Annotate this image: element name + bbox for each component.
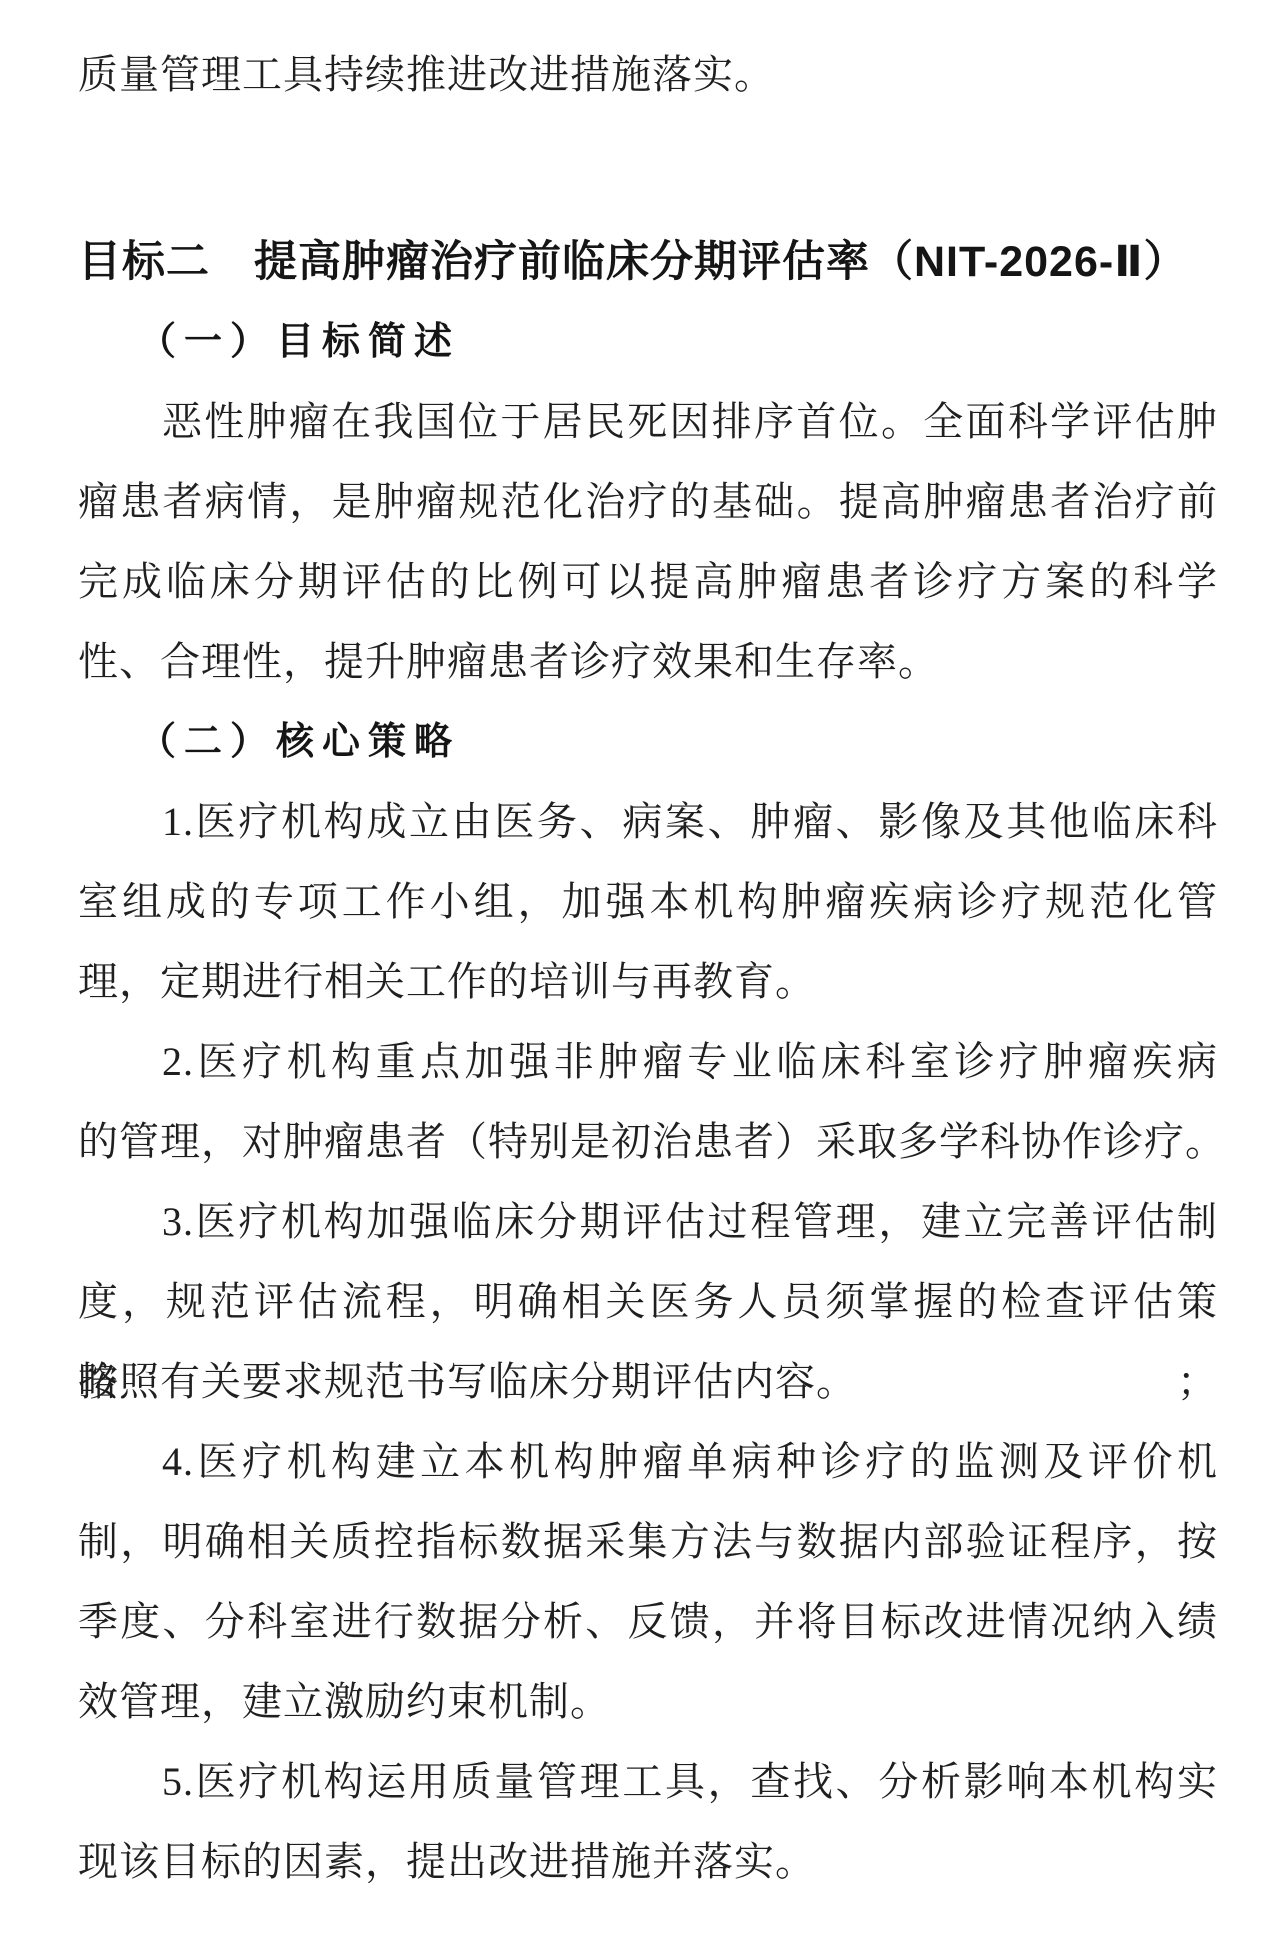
strategy-item-3-line: 3.医疗机构加强临床分期评估过程管理，建立完善评估制 [78,1182,1218,1262]
strategy-item-2-line: 2.医疗机构重点加强非肿瘤专业临床科室诊疗肿瘤疾病 [78,1022,1218,1102]
strategy-item-4-line: 效管理，建立激励约束机制。 [78,1662,1218,1742]
subsection-title-core-strategy: （二）核心策略 [138,702,1218,782]
strategy-item-5-line: 现该目标的因素，提出改进措施并落实。 [78,1822,1218,1902]
paragraph-line: 性、合理性，提升肿瘤患者诊疗效果和生存率。 [78,622,1218,702]
strategy-item-1-line: 理，定期进行相关工作的培训与再教育。 [78,942,1218,1022]
paragraph-line: 瘤患者病情，是肿瘤规范化治疗的基础。提高肿瘤患者治疗前 [78,462,1218,542]
strategy-item-4-line: 季度、分科室进行数据分析、反馈，并将目标改进情况纳入绩 [78,1582,1218,1662]
blank-gap [78,115,1218,222]
intro-paragraph-line: 质量管理工具持续推进改进措施落实。 [78,35,1218,115]
paragraph-line: 恶性肿瘤在我国位于居民死因排序首位。全面科学评估肿 [78,382,1218,462]
strategy-item-5-line: 5.医疗机构运用质量管理工具，查找、分析影响本机构实 [78,1742,1218,1822]
strategy-item-2-line: 的管理，对肿瘤患者（特别是初治患者）采取多学科协作诊疗。 [78,1102,1218,1182]
strategy-item-4-line: 制，明确相关质控指标数据采集方法与数据内部验证程序，按 [78,1502,1218,1582]
strategy-item-4-line: 4.医疗机构建立本机构肿瘤单病种诊疗的监测及评价机 [78,1422,1218,1502]
strategy-item-3-line: 度，规范评估流程，明确相关医务人员须掌握的检查评估策略； [78,1262,1218,1342]
document-page: 质量管理工具持续推进改进措施落实。 目标二 提高肿瘤治疗前临床分期评估率（NIT… [0,0,1280,1935]
goal-heading: 目标二 提高肿瘤治疗前临床分期评估率（NIT-2026-Ⅱ） [78,222,1218,302]
paragraph-line: 完成临床分期评估的比例可以提高肿瘤患者诊疗方案的科学 [78,542,1218,622]
strategy-item-1-line: 室组成的专项工作小组，加强本机构肿瘤疾病诊疗规范化管 [78,862,1218,942]
strategy-item-1-line: 1.医疗机构成立由医务、病案、肿瘤、影像及其他临床科 [78,782,1218,862]
subsection-title-goal-summary: （一）目标简述 [138,302,1218,382]
document-content: 质量管理工具持续推进改进措施落实。 目标二 提高肿瘤治疗前临床分期评估率（NIT… [78,35,1218,1902]
